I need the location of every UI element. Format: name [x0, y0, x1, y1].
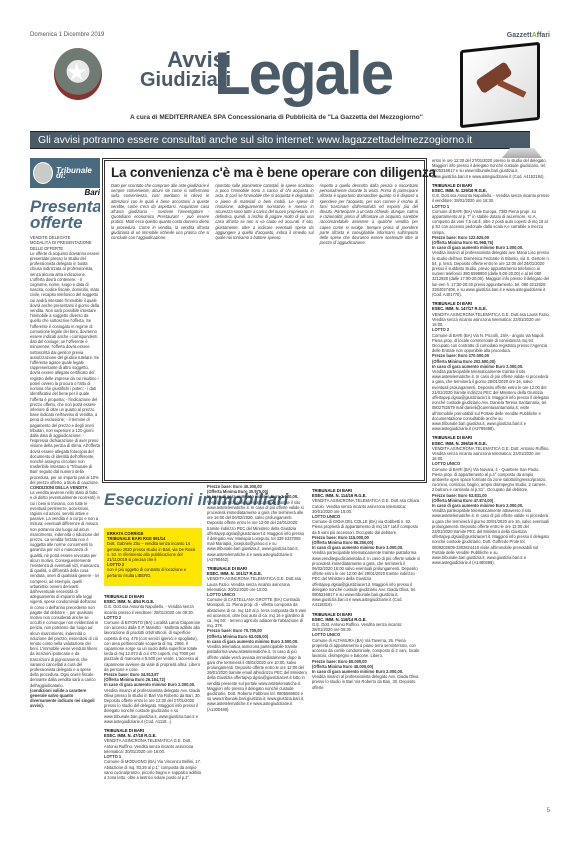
- body-condizioni: La vendita avviene nello stato di fatto …: [30, 490, 100, 688]
- article-title: La convenienza c'è ma è bene operare con…: [111, 165, 418, 180]
- article-col-3: rispetto a quello descritto dalla perizi…: [320, 183, 418, 473]
- article-col-1: Dato per scontato che comprare alle aste…: [111, 183, 209, 473]
- publisher-credit: A cura di MEDITERRANEA SPA Concessionari…: [130, 114, 423, 121]
- notice-column-5: entro le ore 12:30 del 27/01/2020 presso…: [432, 158, 550, 828]
- brand-logo: GazzettAffari: [507, 32, 550, 39]
- website-banner: Gli avvisi potranno essere consultati an…: [30, 131, 530, 149]
- issue-date: Domenica 1 Dicembre 2019: [30, 32, 104, 38]
- section-title: Presentazione offerte: [30, 199, 100, 231]
- tribunale-box: Tribunale di:: [30, 158, 100, 188]
- footer-note: (condizioni valide a carattere generale …: [30, 688, 100, 709]
- masthead: ★ Avvisi Giudiziari Legale: [30, 40, 550, 120]
- italian-republic-emblem-icon: ★: [54, 48, 102, 100]
- article-col-2: riportato sulle planimetrie catastali, l…: [215, 183, 313, 473]
- tribunale-city: Bari: [30, 190, 100, 195]
- notice-column-3: Prezzo base: Euro 40.300,00 (Offerta Min…: [207, 484, 307, 840]
- body-offerte: Le offerte di acquisto dovranno essere p…: [30, 251, 100, 485]
- feature-article: La convenienza c'è ma è bene operare con…: [102, 158, 427, 483]
- notice-column-4: TRIBUNALE DI BARI ESEC. IMM. N. 114/16 R…: [312, 484, 422, 840]
- left-column: Tribunale di: Bari Presentazione offerte…: [30, 158, 100, 838]
- masthead-title: Legale: [214, 44, 392, 104]
- heading-modalita: MODALITÀ DI PRESENTAZIONE DELLE OFFERTE: [30, 240, 100, 250]
- notice-column-2: TRIBUNALE DI BARI ESEC. IMM. N. 4/94 R.G…: [104, 590, 202, 840]
- errata-corrige-box: ERRATA CORRIGE TRIBUNALE BARI RGE 991/14…: [104, 528, 202, 586]
- emblem-icon: [33, 162, 53, 184]
- monitor-stand: [502, 148, 542, 158]
- monitor-gavel-icon: [460, 42, 540, 128]
- page-number: 5: [547, 808, 550, 814]
